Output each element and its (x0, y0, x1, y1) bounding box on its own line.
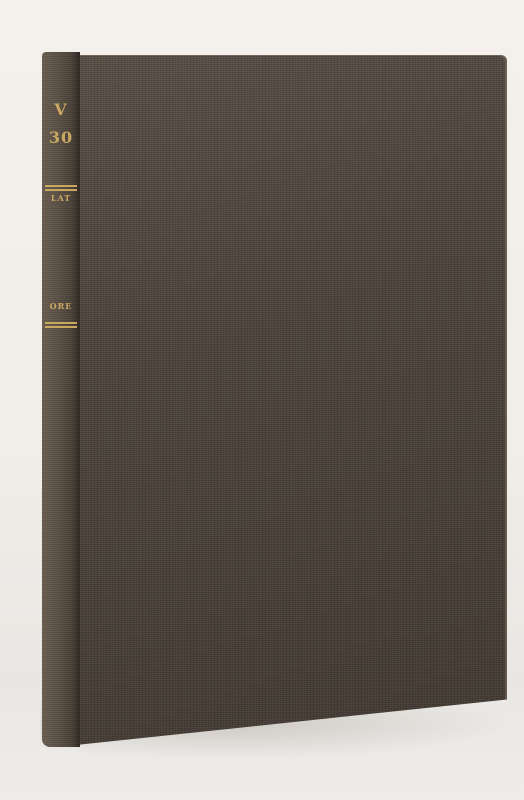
book: V 30 LAT ORE (0, 0, 524, 800)
spine-gilt-rule-top (45, 185, 77, 187)
spine-volume-number: 30 (42, 128, 80, 147)
cover-edge (76, 55, 507, 745)
spine-volume-mark: V (42, 100, 80, 119)
spine-title-fragment: LAT (42, 193, 80, 203)
book-spine: V 30 LAT ORE (42, 52, 80, 747)
spine-author-fragment: ORE (42, 301, 80, 311)
spine-gilt-rule-bottom (45, 322, 77, 324)
